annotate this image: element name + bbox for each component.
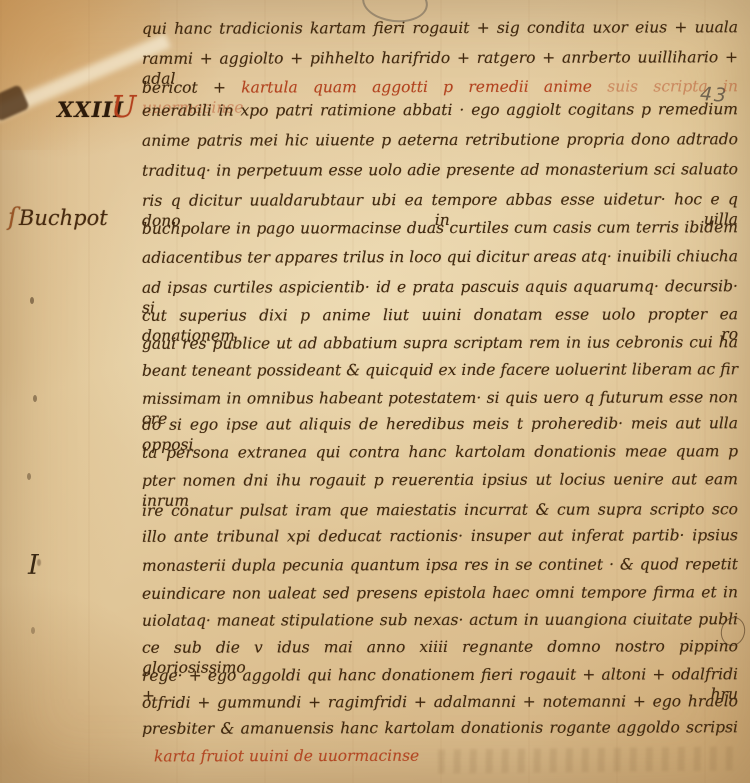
text-line: monasterii dupla pecunia quantum ipsa re… [142,554,738,576]
text-line: enerabili in xpo patri ratimione abbati … [142,99,738,121]
rubric-text: kartula quam aggotti p remedii anime [241,78,592,97]
rubric-initial-letter: U [111,90,136,125]
ink-specks [30,297,34,304]
margin-note-sign: ſ [8,203,17,231]
text-line: euindicare non ualeat sed presens episto… [142,582,738,604]
bottom-rubric-line: karta fruiot uuini de uuormacinse [154,746,454,767]
text-line: illo ante tribunal xpi deducat ractionis… [142,525,738,547]
charter-text-block: qui hanc tradicionis kartam fieri rogaui… [142,0,738,783]
margin-note-text: Buchpot [19,206,108,230]
text-line: presbiter & amanuensis hanc kartolam don… [142,717,738,739]
text-line: anime patris mei hic uiuente p aeterna r… [142,129,738,151]
text-line: beant teneant possideant & quicquid ex i… [142,359,738,381]
text-line: tradituq· in perpetuum esse uolo adie pr… [142,159,738,181]
text-line: adiacentibus ter appares trilus in loco … [142,246,738,268]
manuscript-page: 43 XXIII U ſBuchpot I qui hanc tradicion… [0,0,750,783]
text-line: ire conatur pulsat iram que maiestatis i… [142,499,738,521]
text-line: otfridi + gummundi + ragimfridi + adalma… [142,691,738,713]
margin-note-buchpot: ſBuchpot [8,203,108,231]
text-line: ta persona extranea qui contra hanc kart… [142,441,738,463]
text-line: uiolataq· maneat stipulatione sub nexas·… [142,609,738,631]
text-line: gaui res publice ut ad abbatium supra sc… [142,332,738,354]
text-line: qui hanc tradicionis kartam fieri rogaui… [142,17,738,39]
text-line: buchpolare in pago uuormacinse duas curt… [142,217,738,239]
line-lead-ink: bericot + [142,79,226,97]
margin-i-mark: I [28,550,39,581]
